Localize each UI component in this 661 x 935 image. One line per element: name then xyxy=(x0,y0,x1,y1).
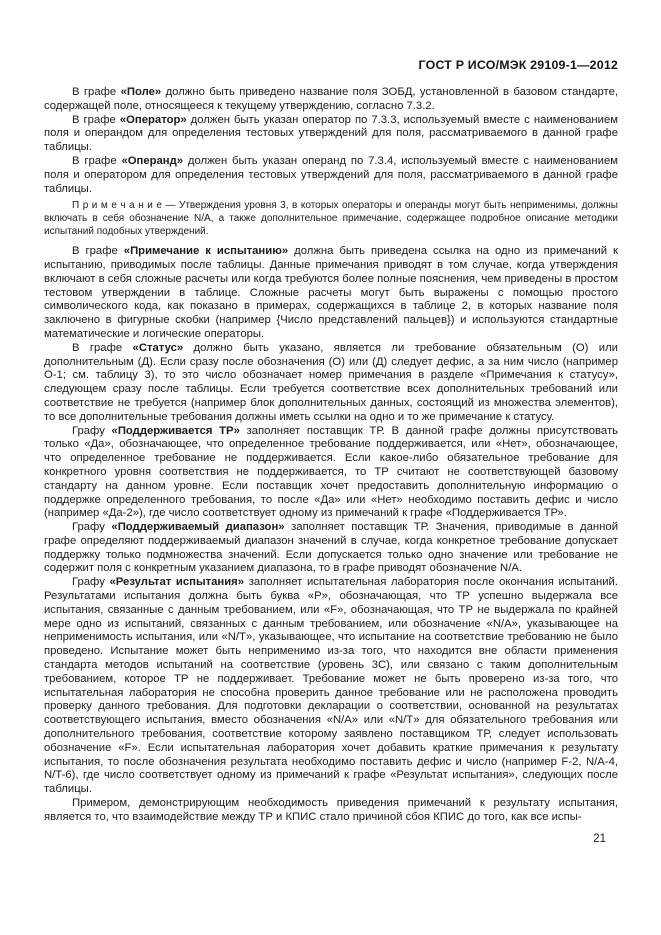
paragraph-text: заполняет испытательная лаборатория посл… xyxy=(44,576,618,795)
document-page: ГОСТ Р ИСО/МЭК 29109-1—2012 В графе «Пол… xyxy=(0,0,661,935)
paragraph-text: должна быть приведена ссылка на одно из … xyxy=(44,245,618,340)
paragraph-text: Графу xyxy=(72,521,111,533)
document-header-standard-number: ГОСТ Р ИСО/МЭК 29109-1—2012 xyxy=(44,58,618,72)
paragraph: В графе «Примечание к испытанию» должна … xyxy=(44,245,618,342)
paragraph: В графе «Поле» должно быть приведено наз… xyxy=(44,86,618,114)
paragraph-text: В графе xyxy=(72,155,121,167)
paragraph: Графу «Результат испытания» заполняет ис… xyxy=(44,576,618,797)
paragraph-text: В графе xyxy=(72,86,121,98)
paragraph: Примером, демонстрирующим необходимость … xyxy=(44,797,618,825)
document-body: В графе «Поле» должно быть приведено наз… xyxy=(44,86,618,846)
bold-term: «Примечание к испытанию» xyxy=(124,245,288,257)
paragraph-text: В графе xyxy=(72,114,120,126)
paragraph-text: П р и м е ч а н и е — Утверждения уровня… xyxy=(44,200,618,236)
bold-term: «Поддерживается ТР» xyxy=(112,425,240,437)
bold-term: «Оператор» xyxy=(120,114,187,126)
note-paragraph: П р и м е ч а н и е — Утверждения уровня… xyxy=(44,200,618,238)
page-number: 21 xyxy=(44,833,618,847)
bold-term: «Результат испытания» xyxy=(110,576,245,588)
bold-term: «Операнд» xyxy=(121,155,183,167)
bold-term: «Статус» xyxy=(133,342,184,354)
paragraph-text: Графу xyxy=(72,425,112,437)
paragraph-text: Примером, демонстрирующим необходимость … xyxy=(44,797,618,823)
paragraph-text: В графе xyxy=(72,245,124,257)
paragraph-text: заполняет поставщик ТР. В данной графе д… xyxy=(44,425,618,520)
paragraph: Графу «Поддерживается ТР» заполняет пост… xyxy=(44,425,618,522)
paragraph-text: Графу xyxy=(72,576,110,588)
paragraph: В графе «Оператор» должен быть указан оп… xyxy=(44,114,618,155)
bold-term: «Поле» xyxy=(121,86,162,98)
paragraphs-container: В графе «Поле» должно быть приведено наз… xyxy=(44,86,618,825)
paragraph-text: В графе xyxy=(72,342,133,354)
paragraph: В графе «Статус» должно быть указано, яв… xyxy=(44,342,618,425)
paragraph: Графу «Поддерживаемый диапазон» заполняе… xyxy=(44,521,618,576)
bold-term: «Поддерживаемый диапазон» xyxy=(111,521,284,533)
paragraph: В графе «Операнд» должен быть указан опе… xyxy=(44,155,618,196)
